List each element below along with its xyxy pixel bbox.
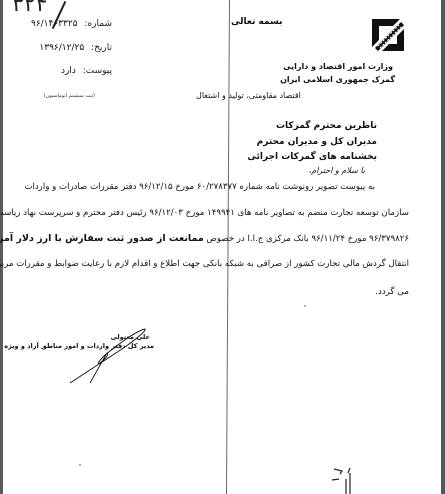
body-line-5: می گردد. [375, 287, 409, 297]
scan-speck [304, 305, 306, 307]
body-line-2: سازمان توسعه تجارت منضم به تصاویر نامه ه… [0, 208, 409, 218]
slogan: اقتصاد مقاومتی، تولید و اشتغال [196, 91, 301, 100]
fold-line [226, 0, 230, 494]
letter-number: شماره: ۹۶/۱۴۶۳۳۲۵ [31, 19, 112, 29]
attachment-value: دارد [61, 66, 76, 76]
organization-name: گمرک جمهوری اسلامی ایران [280, 75, 395, 84]
greeting: با سلام و احترام، [309, 166, 365, 175]
attachment-label: پیوست: [83, 66, 112, 76]
body-line-3-emphasis: ممانعت از صدور ثبت سفارش با ارز دلار آمر… [0, 233, 204, 244]
body-line-3-start: ۹۶/۳۷۹۸۲۶ مورخ ۹۶/۱۱/۲۴ بانک مرکزی ج.ا.ا… [204, 234, 409, 244]
document-page: ۳۲۴ شماره: ۹۶/۱۴۶۳۳۲۵ تاریخ: ۱۳۹۶/۱۲/۲۵ … [0, 0, 445, 494]
signature-icon [65, 325, 155, 385]
scan-speck [79, 464, 81, 466]
number-value: ۹۶/۱۴۶۳۳۲۵ [31, 19, 78, 29]
handwritten-number: ۳۲۴ [12, 0, 47, 17]
system-note: (ثبت سیستم اتوماسیون) [44, 93, 95, 99]
letter-attachment: پیوست: دارد [61, 66, 112, 76]
date-label: تاریخ: [91, 43, 112, 53]
body-line-3: ۹۶/۳۷۹۸۲۶ مورخ ۹۶/۱۱/۲۴ بانک مرکزی ج.ا.ا… [0, 233, 409, 244]
scan-border-right [441, 0, 445, 494]
recipient-line: بخشنامه های گمرکات اجرائی [247, 152, 377, 162]
scan-border-left [0, 0, 3, 494]
body-line-1: به پیوست تصویر رونوشت نامه شماره ۶۰/۲۷۸۳… [24, 182, 375, 192]
number-label: شماره: [84, 19, 112, 29]
bismillah: بسمه تعالی [231, 17, 283, 27]
stamp-fragment-icon [330, 465, 365, 494]
customs-logo-icon [368, 15, 408, 55]
recipient-line: ناظرین محترم گمرکات [276, 121, 377, 131]
recipient-line: مدیران کل و مدیران محترم [257, 137, 377, 147]
date-value: ۱۳۹۶/۱۲/۲۵ [39, 43, 84, 53]
body-line-4: انتقال گردش مالی تجارت کشور از صرافی به … [0, 259, 409, 269]
ministry-name: وزارت امور اقتصاد و دارایی [283, 62, 393, 71]
letter-date: تاریخ: ۱۳۹۶/۱۲/۲۵ [39, 43, 112, 53]
